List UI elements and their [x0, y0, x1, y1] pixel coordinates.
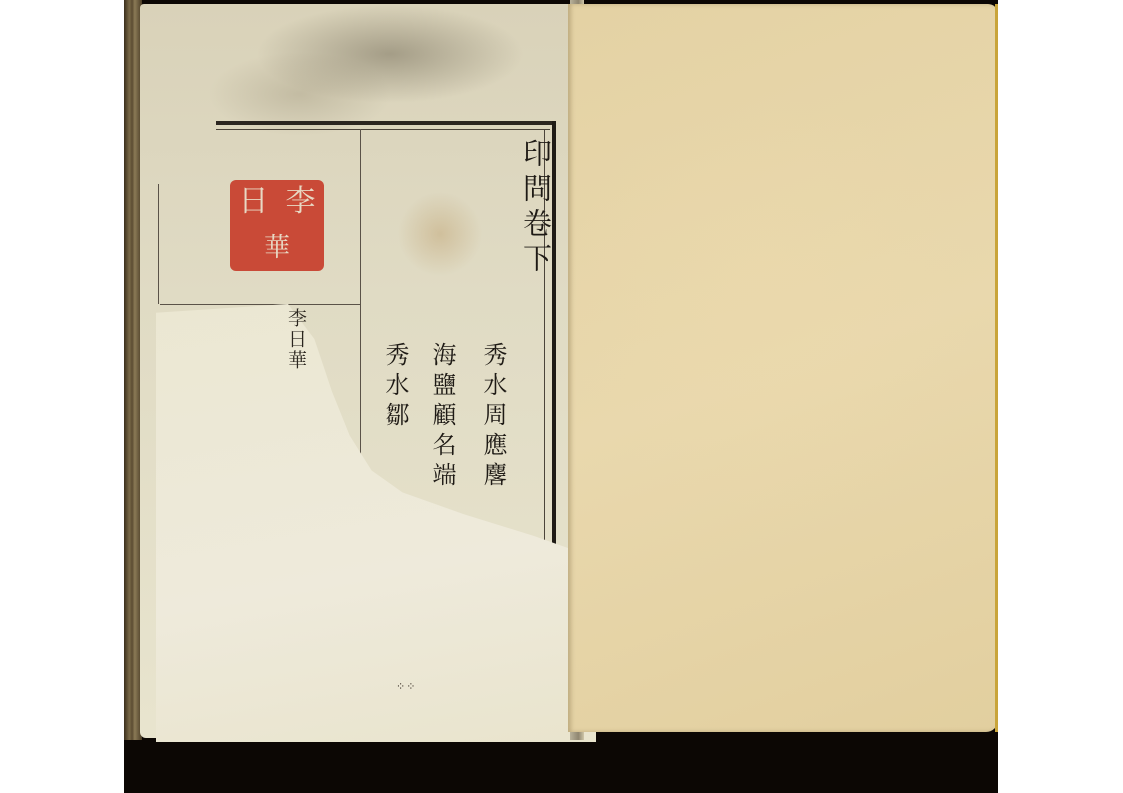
seal-box-line [160, 304, 360, 305]
text-column: 秀水鄒 [378, 342, 413, 432]
seal-glyph: 華 [230, 226, 324, 272]
frame-border-top-inner [216, 129, 550, 130]
seal-glyph: 李 [277, 180, 324, 226]
attribution-text: 李日華 [283, 308, 310, 371]
seal-box-line-left [158, 184, 159, 304]
frame-border-top [216, 121, 556, 125]
left-page: 李 日 華 印問卷下 秀水周應麐 海鹽顧名端 秀水鄒 李日華 ⁘⁘ [140, 4, 580, 738]
text-column: 海鹽顧名端 [425, 342, 460, 492]
column-divider [360, 129, 361, 494]
right-page: 6 Copy____ 2051 1 21 NOV 1960 [568, 4, 998, 732]
seal-glyph: 日 [230, 180, 277, 226]
book-scan: 李 日 華 印問卷下 秀水周應麐 海鹽顧名端 秀水鄒 李日華 ⁘⁘ 6 Copy… [124, 0, 998, 793]
red-seal-stamp: 李 日 華 [230, 180, 324, 271]
ink-dots-mark: ⁘⁘ [396, 680, 416, 693]
text-column: 秀水周應麐 [476, 342, 511, 492]
torn-paper-repair [156, 304, 596, 742]
page-title: 印問卷下 [516, 138, 557, 278]
